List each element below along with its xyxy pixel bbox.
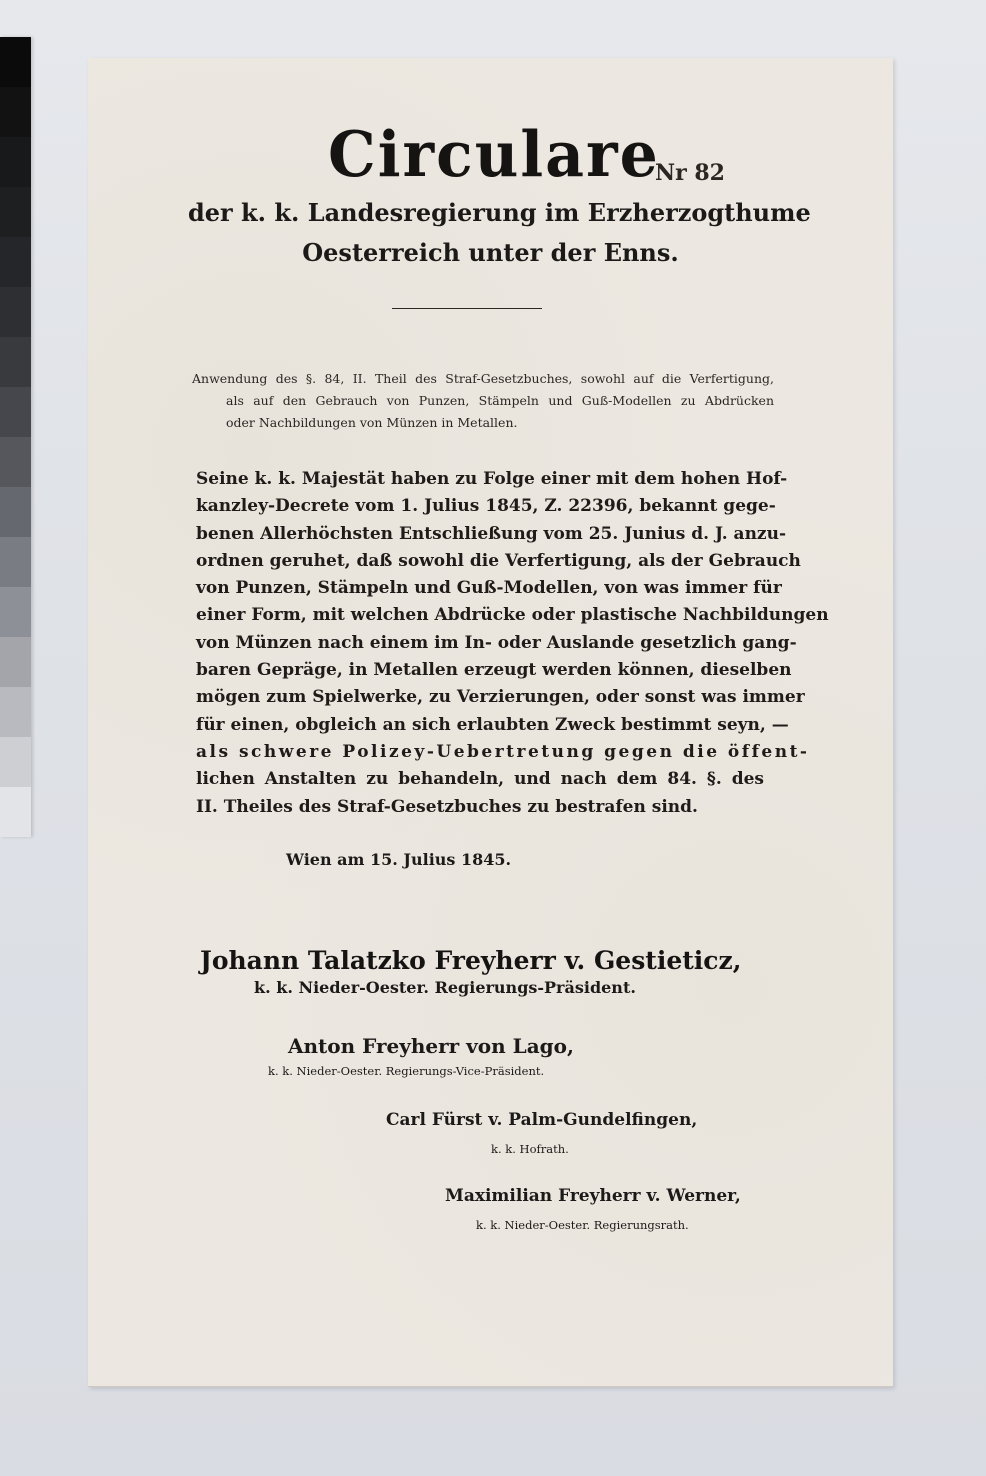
gray-patch (0, 487, 31, 537)
gray-patch (0, 787, 31, 837)
body-line: baren Gepräge, in Metallen erzeugt werde… (196, 657, 764, 684)
body-line-emphasis: als schwere Polizey-Uebertretung gegen d… (196, 739, 764, 766)
document-title: Circulare (328, 118, 660, 192)
body-line: II. Theiles des Straf-Gesetzbuches zu be… (196, 794, 764, 821)
body-line: benen Allerhöchsten Entschließung vom 25… (196, 521, 764, 548)
issuer-line-2: Oesterreich unter der Enns. (88, 238, 893, 267)
gray-patch (0, 337, 31, 387)
gray-patch (0, 687, 31, 737)
gray-patch (0, 437, 31, 487)
body-line: von Punzen, Stämpeln und Guß-Modellen, v… (196, 575, 764, 602)
signatory-title: k. k. Nieder-Oester. Regierungs-Präsiden… (254, 978, 636, 997)
signatory-name: Maximilian Freyherr v. Werner, (445, 1186, 741, 1206)
gray-patch (0, 137, 31, 187)
body-line: Seine k. k. Majestät haben zu Folge eine… (196, 466, 764, 493)
title-divider (392, 308, 542, 309)
decree-body: Seine k. k. Majestät haben zu Folge eine… (196, 466, 764, 821)
gray-patch (0, 187, 31, 237)
document-page: Circulare Nr 82 der k. k. Landesregierun… (88, 58, 893, 1387)
gray-patch (0, 237, 31, 287)
place-and-date: Wien am 15. Julius 1845. (286, 850, 511, 869)
document-number: Nr 82 (655, 160, 725, 186)
gray-patch (0, 87, 31, 137)
signatory-name: Johann Talatzko Freyherr v. Gestieticz, (200, 946, 741, 975)
gray-patch (0, 587, 31, 637)
signatory-title: k. k. Nieder-Oester. Regierungsrath. (476, 1218, 689, 1232)
body-line: mögen zum Spielwerke, zu Verzierungen, o… (196, 684, 764, 711)
signatory-title: k. k. Nieder-Oester. Regierungs-Vice-Prä… (268, 1064, 544, 1078)
body-line: kanzley-Decrete vom 1. Julius 1845, Z. 2… (196, 493, 764, 520)
gray-patch (0, 37, 31, 87)
issuer-line-1: der k. k. Landesregierung im Erzherzogth… (188, 198, 800, 227)
summary-line: oder Nachbildungen von Münzen in Metalle… (192, 412, 774, 434)
gray-patch (0, 287, 31, 337)
body-line: ordnen geruhet, daß sowohl die Verfertig… (196, 548, 764, 575)
signatory-name: Anton Freyherr von Lago, (288, 1034, 574, 1058)
signatory-title: k. k. Hofrath. (491, 1142, 569, 1156)
gray-patch (0, 537, 31, 587)
body-line: einer Form, mit welchen Abdrücke oder pl… (196, 602, 764, 629)
subject-summary: Anwendung des §. 84, II. Theil des Straf… (192, 368, 774, 434)
body-line: lichen Anstalten zu behandeln, und nach … (196, 766, 764, 793)
gray-patch (0, 387, 31, 437)
body-line: für einen, obgleich an sich erlaubten Zw… (196, 712, 764, 739)
signatory-name: Carl Fürst v. Palm-Gundelfingen, (386, 1110, 697, 1130)
body-line: von Münzen nach einem im In- oder Auslan… (196, 630, 764, 657)
summary-line: als auf den Gebrauch von Punzen, Stämpel… (192, 390, 774, 412)
grayscale-color-chart (0, 37, 31, 837)
gray-patch (0, 637, 31, 687)
summary-line: Anwendung des §. 84, II. Theil des Straf… (192, 368, 774, 390)
gray-patch (0, 737, 31, 787)
